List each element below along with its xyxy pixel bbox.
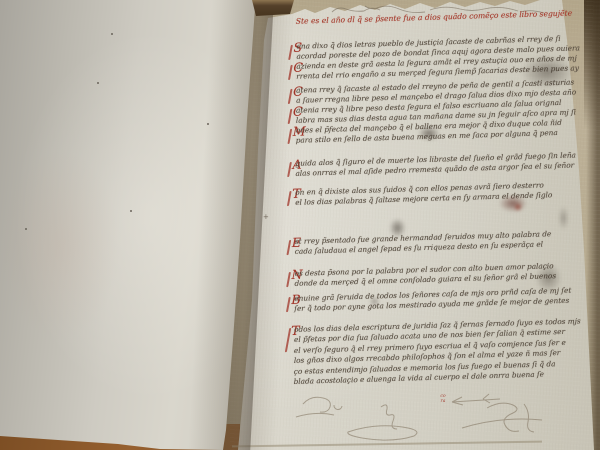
paragraph: B enuine grã ſeruida de todos los ſeñore… bbox=[294, 285, 579, 314]
dust-speck bbox=[130, 210, 132, 212]
paragraph: A guida alos q̃ ſiguro el de muerte los … bbox=[295, 150, 580, 179]
paragraph: T on en q̃ dixiste alos sus ſuidos q̃ co… bbox=[295, 179, 580, 208]
red-scribal-mark: co ra bbox=[437, 395, 449, 407]
red-wax-blot bbox=[514, 203, 522, 211]
manuscript-photo: Ste es el año dl q̃ se p̃sente fue a dio… bbox=[0, 0, 600, 450]
dust-speck bbox=[25, 228, 27, 230]
rubric-header: Ste es el año dl q̃ se p̃sente fue a dio… bbox=[296, 9, 572, 26]
ink-blot bbox=[389, 218, 406, 238]
margin-mark: + bbox=[263, 213, 269, 221]
paragraph: E st rrey p̃sentado fue grande hermandad… bbox=[295, 228, 580, 257]
ink-spot bbox=[369, 296, 380, 307]
ink-smudge bbox=[535, 263, 562, 293]
ink-smudge bbox=[558, 206, 569, 230]
dust-speck bbox=[97, 82, 99, 84]
paragraph: T odos los dias dela escriptura de jurid… bbox=[294, 316, 579, 387]
ink-smudge bbox=[520, 55, 574, 89]
dust-speck bbox=[207, 123, 209, 125]
ink-blot bbox=[418, 126, 440, 141]
dust-speck bbox=[111, 33, 113, 35]
red-wax-blot bbox=[499, 195, 527, 212]
lighting-tint bbox=[0, 150, 120, 340]
